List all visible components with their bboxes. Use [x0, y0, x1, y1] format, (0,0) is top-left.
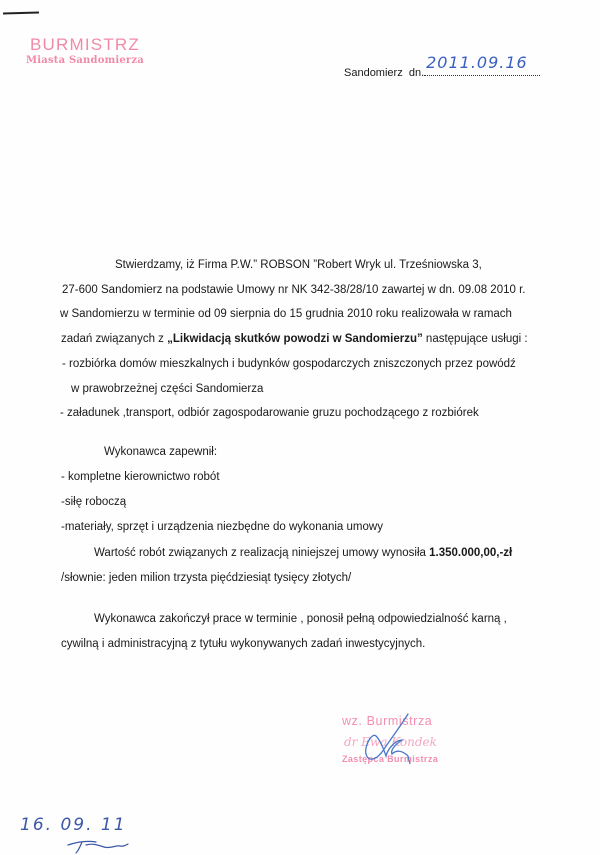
- tasks-line: zadań związanych z „Likwidacją skutków p…: [61, 332, 528, 346]
- signature-stamp: wz. Burmistrza dr Ewa Kondek Zastępca Bu…: [330, 710, 470, 780]
- tasks-project-name: „Likwidacją skutków powodzi w Sandomierz…: [167, 333, 423, 345]
- closing-line-1: Wykonawca zakończył prace w terminie , p…: [94, 612, 507, 626]
- tasks-suffix: następujące usługi :: [423, 333, 528, 345]
- body-line-1: Stwierdzamy, iż Firma P.W.” ROBSON ”Robe…: [115, 258, 482, 272]
- stamp-subtitle: Miasta Sandomierza: [26, 55, 144, 67]
- provided-item-3: -materiały, sprzęt i urządzenia niezbędn…: [61, 520, 383, 534]
- handwritten-date: 2011.09.16: [426, 53, 528, 72]
- service-item-1: - rozbiórka domów mieszkalnych i budynkó…: [62, 357, 516, 371]
- date-prefix: dn.: [409, 67, 424, 79]
- initials-scribble-icon: [20, 815, 180, 855]
- provided-item-2: -siłę roboczą: [61, 495, 126, 509]
- document-page: BURMISTRZ Miasta Sandomierza Sandomierz …: [0, 0, 600, 855]
- place-name: Sandomierz: [344, 67, 403, 79]
- place-and-date: Sandomierz dn.2011.09.16: [344, 63, 540, 79]
- stamp-title: BURMISTRZ: [26, 36, 144, 54]
- contractor-provided-heading: Wykonawca zapewnił:: [104, 445, 217, 459]
- bottom-handwritten-note: 16. 09. 11: [20, 815, 180, 855]
- date-field: 2011.09.16: [424, 63, 540, 76]
- closing-line-2: cywilną i administracyjną z tytułu wykon…: [61, 637, 425, 651]
- tasks-prefix: zadań związanych z: [61, 333, 167, 345]
- value-prefix: Wartość robót związanych z realizacją ni…: [94, 547, 429, 559]
- corner-pen-mark: [3, 12, 39, 15]
- body-line-2: 27-600 Sandomierz na podstawie Umowy nr …: [62, 283, 525, 297]
- service-item-2: - załadunek ,transport, odbiór zagospoda…: [60, 406, 479, 420]
- value-line: Wartość robót związanych z realizacją ni…: [94, 546, 512, 560]
- signature-scribble-icon: [330, 710, 470, 780]
- value-in-words: /słownie: jeden milion trzysta pięćdzies…: [61, 571, 351, 585]
- contract-amount: 1.350.000,00,-zł: [429, 547, 512, 559]
- service-item-1-cont: w prawobrzeżnej części Sandomierza: [71, 382, 263, 396]
- mayor-header-stamp: BURMISTRZ Miasta Sandomierza: [26, 36, 144, 67]
- provided-item-1: - kompletne kierownictwo robót: [61, 470, 220, 484]
- body-line-3: w Sandomierzu w terminie od 09 sierpnia …: [60, 307, 512, 321]
